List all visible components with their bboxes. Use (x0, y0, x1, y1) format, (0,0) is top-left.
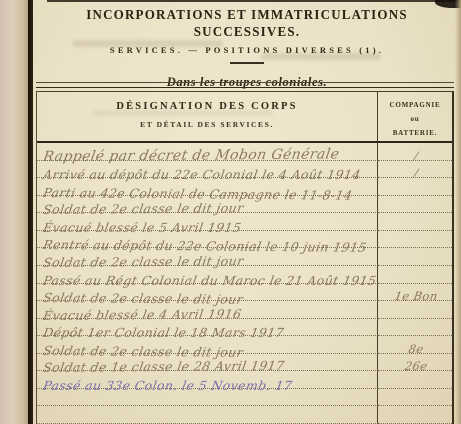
service-cell (37, 406, 378, 424)
table-row: Passé au Régt Colonial du Maroc le 21 Ao… (37, 266, 452, 284)
page-title: INCORPORATIONS ET IMMATRICULATIONS SUCCE… (33, 0, 461, 40)
service-cell: Passé au Régt Colonial du Maroc le 21 Ao… (37, 266, 378, 284)
company-header-line2: ou (378, 112, 452, 126)
service-cell: Rentré au dépôt du 22e Colonial le 10 ju… (37, 231, 378, 249)
scanned-document: INCORPORATIONS ET IMMATRICULATIONS SUCCE… (0, 0, 461, 424)
company-cell (378, 213, 452, 231)
company-column-header: COMPAGNIE ou BATTERIE. (378, 91, 452, 141)
table-row (37, 406, 452, 424)
paper-edge (0, 0, 28, 424)
table-row: Évacué blessé le 5 Avril 1915 (37, 213, 452, 231)
company-cell (378, 266, 452, 284)
table-header-row: DÉSIGNATION DES CORPS ET DÉTAIL DES SERV… (37, 91, 452, 143)
company-header-line3: BATTERIE. (378, 126, 452, 140)
company-cell: / (378, 143, 452, 161)
service-cell: Soldat de 2e classe le dit jour (37, 284, 378, 302)
service-cell: Parti au 42e Colonial de Campagne le 11-… (37, 178, 378, 196)
service-cell: Évacué blessé le 5 Avril 1915 (37, 213, 378, 231)
company-cell: / (378, 161, 452, 179)
page-header: INCORPORATIONS ET IMMATRICULATIONS SUCCE… (33, 0, 461, 90)
record-page: INCORPORATIONS ET IMMATRICULATIONS SUCCE… (33, 0, 461, 424)
service-cell: Arrivé au dépôt du 22e Colonial le 4 Aoû… (37, 161, 378, 179)
table-body: Rappelé par décret de Mobon Générale/Arr… (37, 143, 452, 424)
service-cell: Évacué blessé le 4 Avril 1916 (37, 301, 378, 319)
table-row: Parti au 42e Colonial de Campagne le 11-… (37, 178, 452, 196)
service-cell: Soldat de 2e classe le dit jour (37, 248, 378, 266)
service-cell: Passé au 33e Colon. le 5 Novemb. 17 (37, 371, 378, 389)
table-row: Soldat de 1e classe le 28 Avril 191726e (37, 354, 452, 372)
company-cell (378, 389, 452, 407)
service-cell: Soldat de 1e classe le 28 Avril 1917 (37, 354, 378, 372)
table-row: Dépôt 1er Colonial le 18 Mars 1917 (37, 319, 452, 337)
company-cell: 1e Bon (378, 284, 452, 302)
table-row (37, 389, 452, 407)
company-cell (378, 406, 452, 424)
designation-header-line1: DÉSIGNATION DES CORPS (37, 101, 377, 112)
table-row: Soldat de 2e classe le dit jour (37, 248, 452, 266)
designation-header-line2: ET DÉTAIL DES SERVICES. (37, 120, 377, 129)
company-cell (378, 319, 452, 337)
full-width-divider (36, 82, 454, 83)
company-cell: 26e (378, 354, 452, 372)
company-cell (378, 178, 452, 196)
company-cell (378, 248, 452, 266)
company-header-line1: COMPAGNIE (378, 98, 452, 112)
service-cell: Dépôt 1er Colonial le 18 Mars 1917 (37, 319, 378, 337)
company-cell (378, 196, 452, 214)
services-table: DÉSIGNATION DES CORPS ET DÉTAIL DES SERV… (36, 91, 454, 424)
company-cell (378, 371, 452, 389)
company-cell (378, 231, 452, 249)
service-cell (37, 389, 378, 407)
table-row: Passé au 33e Colon. le 5 Novemb. 17 (37, 371, 452, 389)
short-divider (230, 62, 264, 64)
table-row: Évacué blessé le 4 Avril 1916 (37, 301, 452, 319)
table-row: Rappelé par décret de Mobon Générale/ (37, 143, 452, 161)
service-cell: Soldat de 2e classe le dit jour (37, 196, 378, 214)
table-row: Rentré au dépôt du 22e Colonial le 10 ju… (37, 231, 452, 249)
table-row: Soldat de 2e classe le dit jour (37, 196, 452, 214)
company-cell: 8e (378, 336, 452, 354)
scan-right-edge (455, 0, 461, 424)
company-cell (378, 301, 452, 319)
service-cell: Soldat de 2e classe le dit jour (37, 336, 378, 354)
table-row: Arrivé au dépôt du 22e Colonial le 4 Aoû… (37, 161, 452, 179)
page-subtitle: SERVICES. — POSITIONS DIVERSES (1). (33, 39, 461, 55)
service-cell: Rappelé par décret de Mobon Générale (37, 143, 378, 161)
designation-column-header: DÉSIGNATION DES CORPS ET DÉTAIL DES SERV… (37, 91, 378, 141)
table-row: Soldat de 2e classe le dit jour1e Bon (37, 284, 452, 302)
table-row: Soldat de 2e classe le dit jour8e (37, 336, 452, 354)
